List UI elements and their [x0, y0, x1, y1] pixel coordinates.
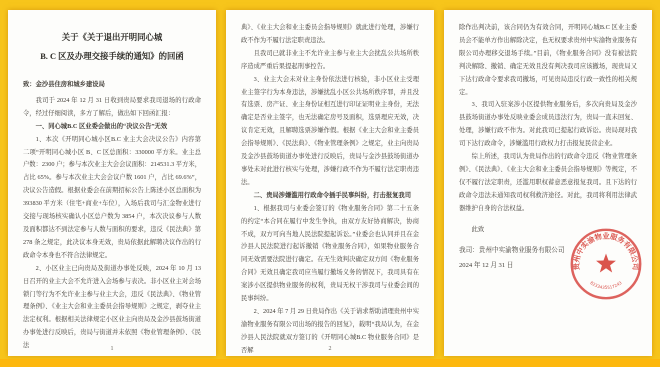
page-1: 关于《关于退出开明同心城 B. C 区及办理交接手续的通知》的回函 致：金沙县住…	[8, 10, 216, 356]
recipient-line: 致：金沙县住房和城乡建设局	[23, 79, 201, 92]
seal-star-icon	[596, 254, 616, 273]
company-seal: 贵州中实渝物业服务有限公司 8233435517243	[568, 226, 644, 302]
section-heading-1: 一、同心城B.C 区业委会做出的“决议公告”无效	[23, 121, 201, 134]
paragraph: 3、我司入驻案涉小区提供物业服务后，多次向贵局及金沙县鼓场街道办事处反映业委会成…	[459, 99, 637, 151]
paragraph: 除作出判决前，该合同仍为有效合同，开明同心城B.C 区业主委员会不能单方作出解除…	[459, 22, 637, 99]
svg-text:8233435517243: 8233435517243	[589, 280, 623, 290]
page-3: 除作出判决前，该合同仍为有效合同，开明同心城B.C 区业主委员会不能单方作出解除…	[444, 10, 652, 356]
footer-bar	[0, 359, 660, 367]
page-2: 典》、《业主大会和业主委员会指导规则》就此进行处理，涉嫌行政不作为不履行法定职责…	[226, 10, 434, 356]
document-background: 关于《关于退出开明同心城 B. C 区及办理交接手续的通知》的回函 致：金沙县住…	[0, 0, 660, 367]
paragraph: 1、根据我司与业委会签订的《物业服务合同》第二十五条的约定“本合同在履行中发生争…	[241, 203, 419, 306]
page-number: 1	[8, 346, 216, 352]
title-line-2: B. C 区及办理交接手续的通知》的回函	[23, 47, 201, 66]
seal-code-text: 8233435517243	[589, 280, 623, 290]
document-title: 关于《关于退出开明同心城 B. C 区及办理交接手续的通知》的回函	[23, 28, 201, 66]
paragraph: 2、小区业主已向贵局及街道办事处反映，2024 年 10 月 13 日召开的业主…	[23, 263, 201, 353]
intro-paragraph: 我司于 2024 年 12 月 31 日收到贵局要求我司退场的行政命令，经过仔细…	[23, 95, 201, 121]
section-heading-2: 二、贵局涉嫌滥用行政命令插手民事纠纷，打击报复我司	[241, 190, 419, 203]
title-line-1: 关于《关于退出开明同心城	[23, 28, 201, 47]
pages-row: 关于《关于退出开明同心城 B. C 区及办理交接手续的通知》的回函 致：金沙县住…	[8, 10, 652, 356]
paragraph: 3、业主大会未对业主身份依法进行核验，非小区业主受理业主签字行为本身违法，涉嫌扰…	[241, 74, 419, 190]
paragraph: 且我司已就非业主不允许业主参与业主大会扰乱公共场所秩序造成严重后果提起刑事控告。	[241, 48, 419, 74]
paragraph: 典》、《业主大会和业主委员会指导规则》就此进行处理，涉嫌行政不作为不履行法定职责…	[241, 22, 419, 48]
paragraph: 1、本次《开明同心城小区B.C 业主大会决议公告》内容第二项“开明同心城小区 B…	[23, 134, 201, 263]
page-number: 2	[226, 346, 434, 352]
paragraph: 综上所述，我司认为贵局作出的行政命令违反《物业管理条例》、《民法典》、《业主大会…	[459, 151, 637, 216]
